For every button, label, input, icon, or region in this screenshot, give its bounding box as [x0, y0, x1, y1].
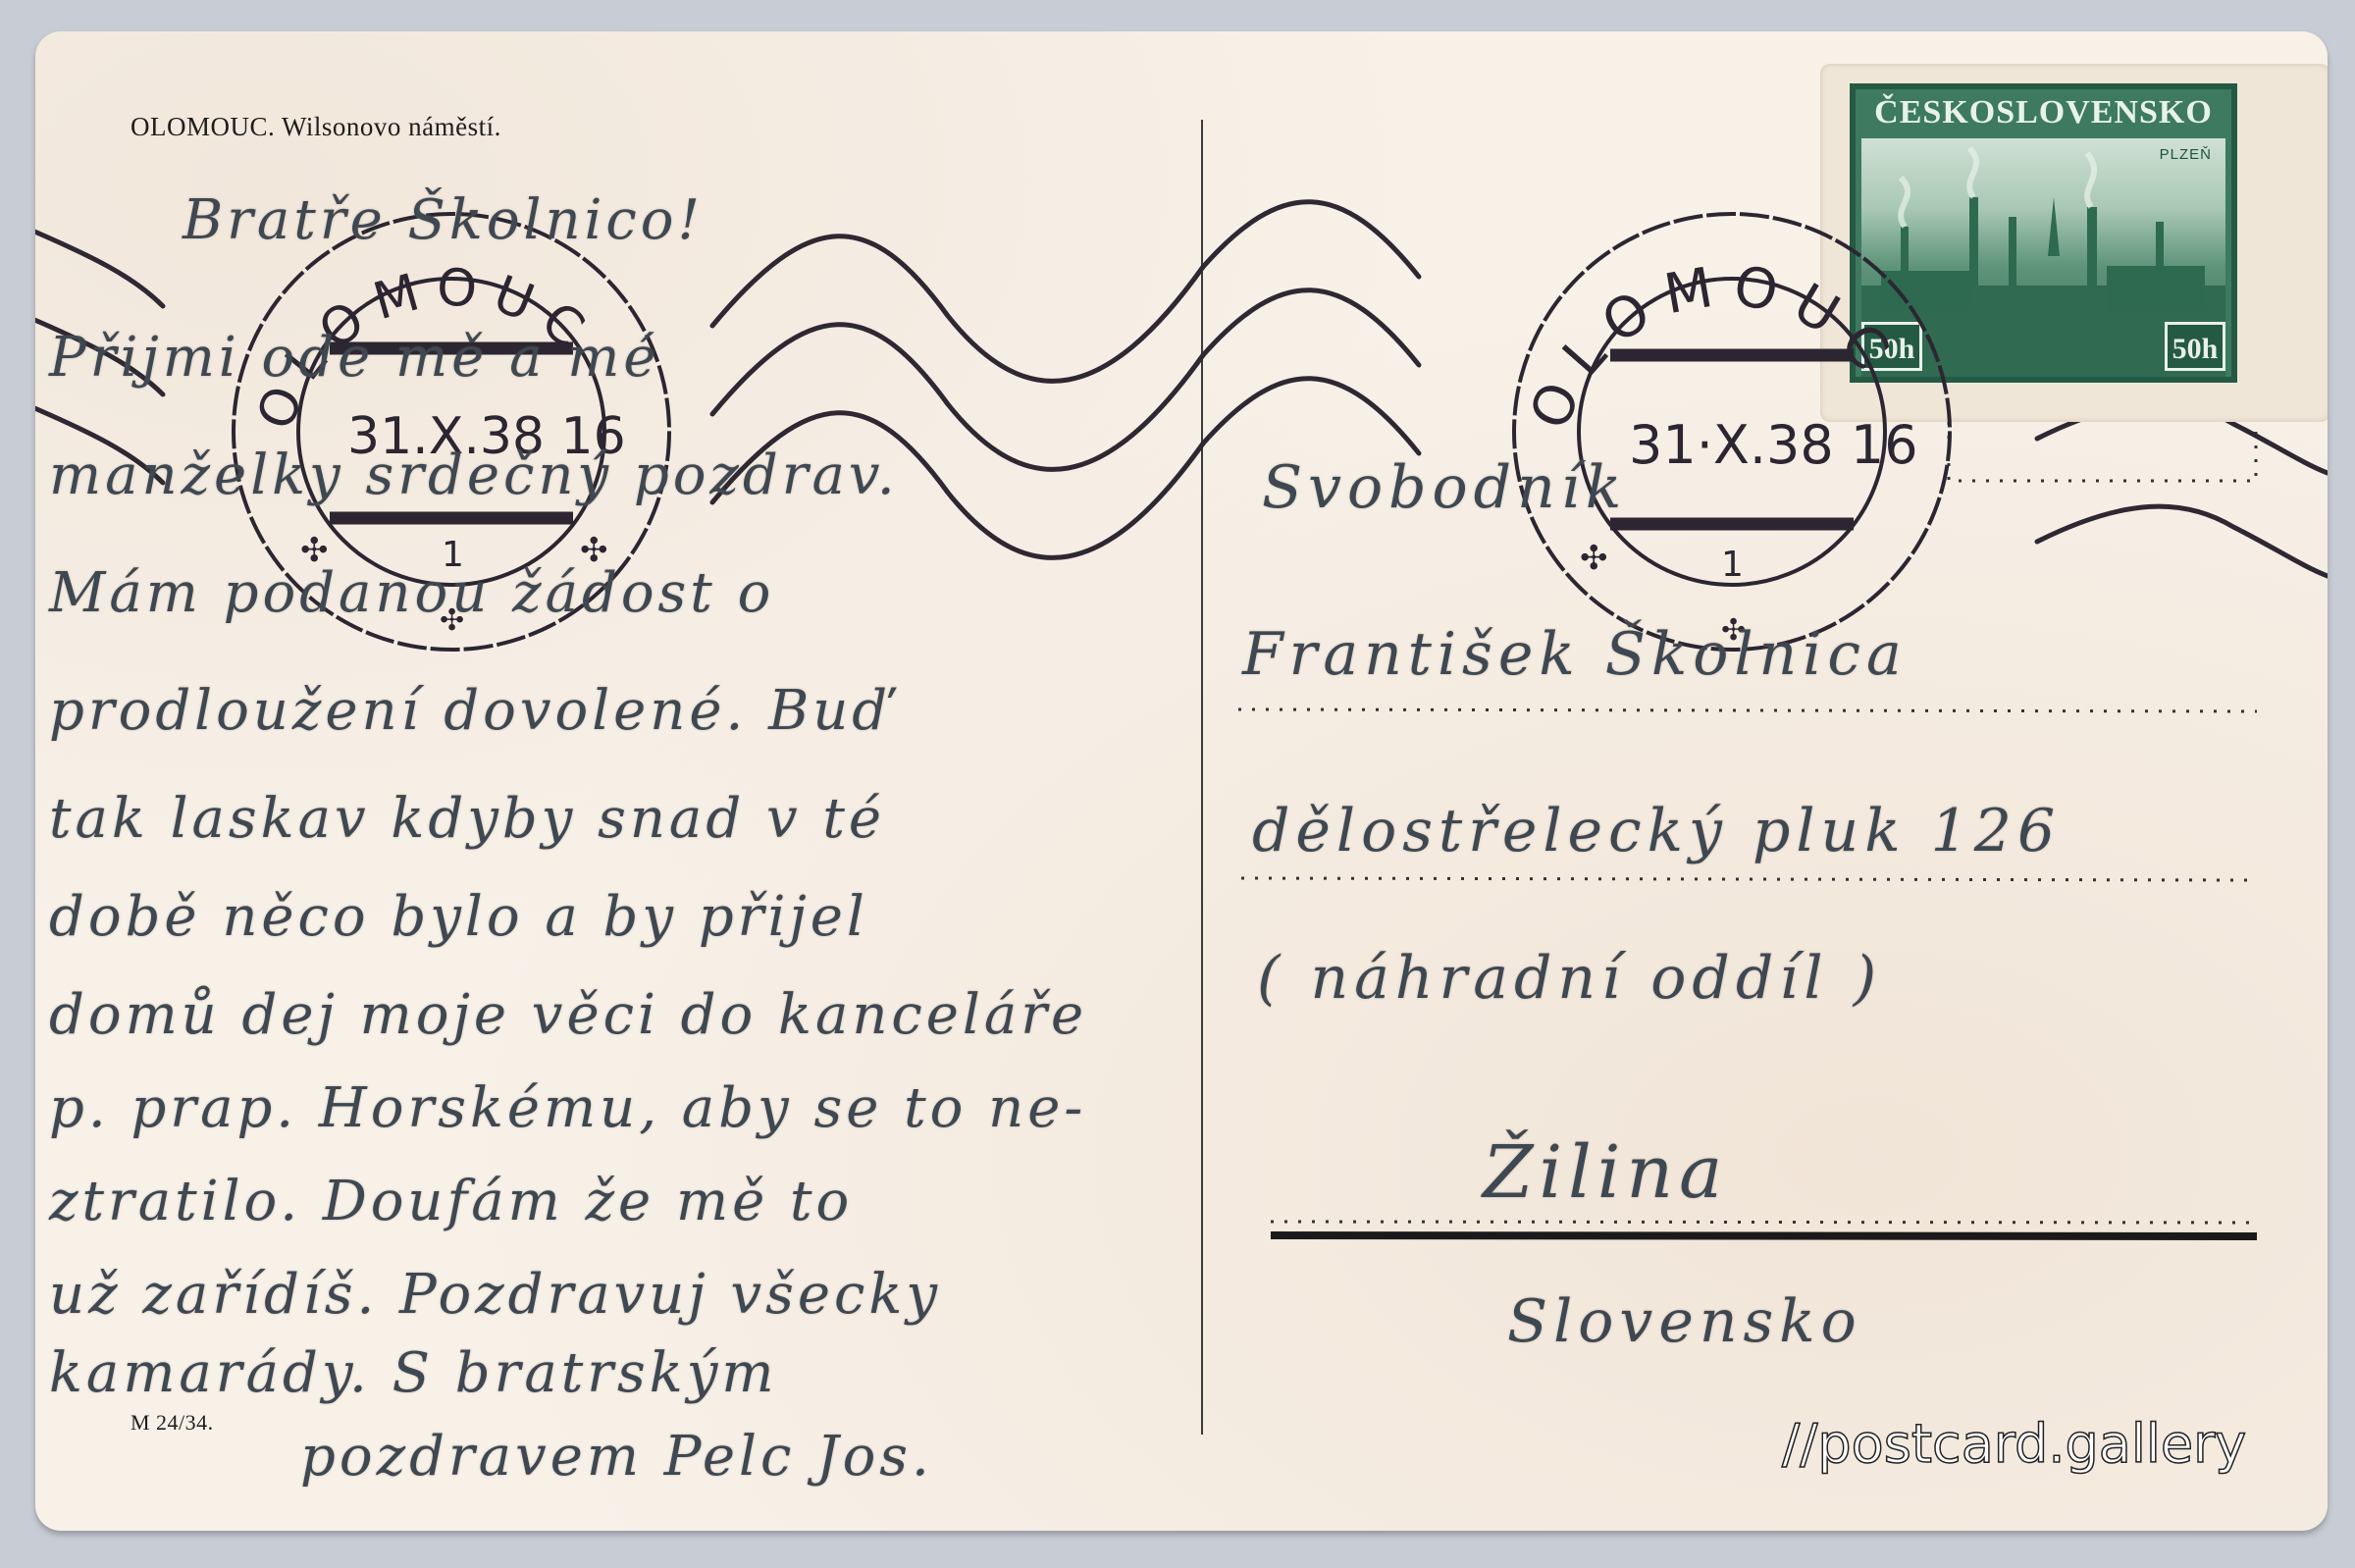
postcard-back: OLOMOUC. Wilsonovo náměstí. M 24/34. ČES…: [35, 31, 2328, 1531]
message-line: Bratře Školnico!: [183, 188, 704, 252]
message-line: ztratilo. Doufám že mě to: [49, 1170, 853, 1233]
address-country: Slovensko: [1507, 1287, 1862, 1356]
message-line: už zařídíš. Pozdravuj všecky: [49, 1263, 941, 1327]
address-city: Žilina: [1483, 1130, 1728, 1215]
address-title: Svobodník: [1262, 453, 1627, 522]
message-line: p. prap. Horskému, aby se to ne-: [49, 1076, 1086, 1140]
message-line: manželky srdečný pozdrav.: [49, 444, 899, 507]
address-unit: dělostřelecký pluk 126: [1252, 797, 2061, 865]
message-line: Mám podanou žádost o: [49, 561, 774, 625]
message-line: prodloužení dovolené. Buď: [49, 679, 891, 743]
signature-line: pozdravem Pelc Jos.: [300, 1425, 933, 1489]
postmark-right-number: 1: [1721, 545, 1744, 585]
watermark: //postcard.gallery: [1782, 1413, 2246, 1475]
message-line: domů dej moje věci do kanceláře: [49, 983, 1087, 1047]
address-name: František Školnica: [1242, 620, 1908, 689]
postmark-star-icon: ✣: [1580, 539, 1608, 578]
message-line: Přijmi ode mě a mé: [49, 326, 660, 390]
message-line: tak laskav kdyby snad v té: [49, 787, 885, 851]
message-line: době něco bylo a by přijel: [49, 885, 868, 949]
message-line: kamarády. S bratrským: [49, 1341, 777, 1405]
address-subunit: ( náhradní oddíl ): [1257, 944, 1882, 1013]
postmark-right-date: 31·X.38 16: [1629, 414, 1918, 476]
